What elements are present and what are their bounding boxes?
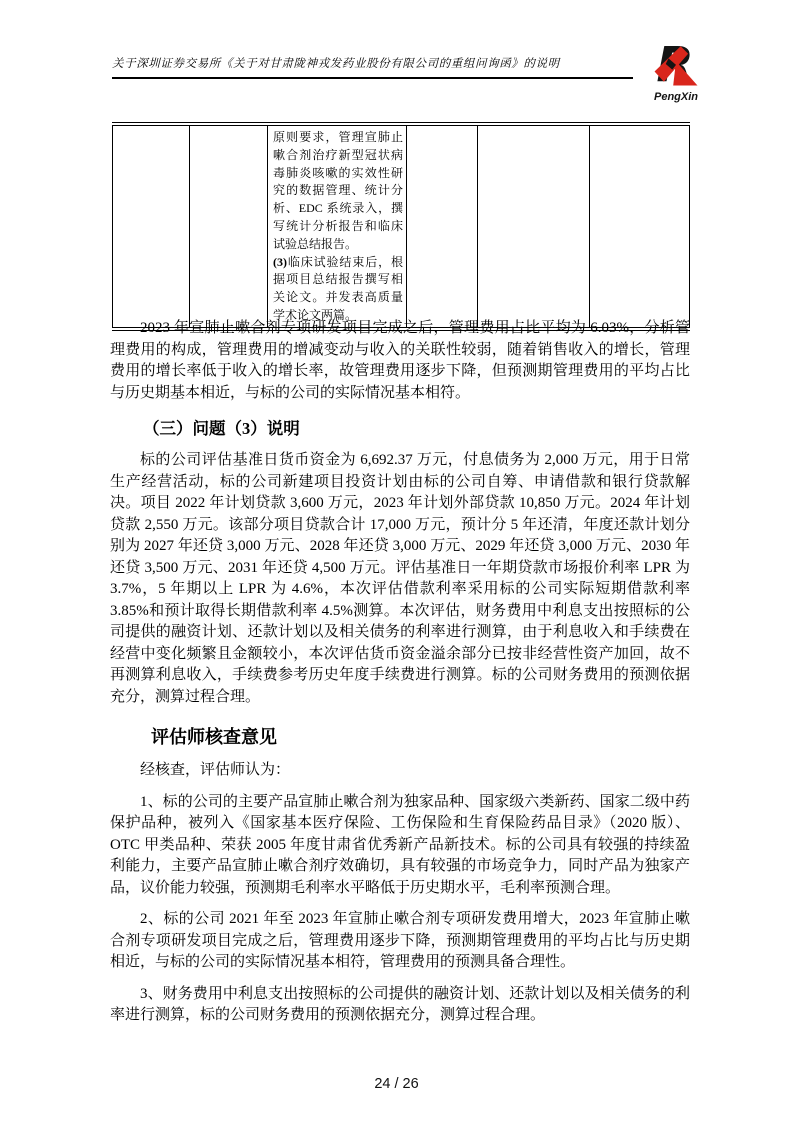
continuation-table: 原则要求，管理宣肺止嗽合剂治疗新型冠状病毒肺炎咳嗽的实效性研究的数据管理、统计分… bbox=[112, 122, 690, 331]
document-page: 关于深圳证券交易所《关于对甘肃陇神戎发药业股份有限公司的重组问询函》的说明 R … bbox=[0, 0, 793, 1122]
table-cell-blank-2 bbox=[190, 124, 268, 329]
page-number: 24 / 26 bbox=[0, 1076, 793, 1092]
opinion-item-2: 2、标的公司 2021 年至 2023 年宣肺止嗽合剂专项研发费用增大，2023… bbox=[110, 909, 690, 974]
table-cell-task-description: 原则要求，管理宣肺止嗽合剂治疗新型冠状病毒肺炎咳嗽的实效性研究的数据管理、统计分… bbox=[268, 124, 407, 329]
table-cell-blank-1 bbox=[113, 124, 190, 329]
pengxin-logo: R PengXin bbox=[644, 38, 708, 103]
opinion-item-1: 1、标的公司的主要产品宣肺止嗽合剂为独家品种、国家级六类新药、国家二级中药保护品… bbox=[110, 792, 690, 900]
paragraph-admin-expense: 2023 年宣肺止嗽合剂专项研发项目完成之后，管理费用占比平均为 6.03%，分… bbox=[110, 318, 690, 404]
header-title: 关于深圳证券交易所《关于对甘肃陇神戎发药业股份有限公司的重组问询函》的说明 bbox=[112, 56, 633, 72]
table-cell-blank-4 bbox=[478, 124, 590, 329]
section-heading-assessor-opinion: 评估师核查意见 bbox=[110, 725, 690, 750]
paragraph-question-3-explanation: 标的公司评估基准日货币资金为 6,692.37 万元，付息债务为 2,000 万… bbox=[110, 450, 690, 708]
table-row: 原则要求，管理宣肺止嗽合剂治疗新型冠状病毒肺炎咳嗽的实效性研究的数据管理、统计分… bbox=[113, 124, 690, 329]
opinion-item-3: 3、财务费用中利息支出按照标的公司提供的融资计划、还款计划以及相关债务的利率进行… bbox=[110, 984, 690, 1027]
pengxin-logo-icon: R bbox=[648, 38, 704, 90]
paragraph-verification-intro: 经核查，评估师认为： bbox=[110, 760, 690, 782]
page-header: 关于深圳证券交易所《关于对甘肃陇神戎发药业股份有限公司的重组问询函》的说明 bbox=[112, 56, 633, 79]
section-heading-question-3: （三）问题（3）说明 bbox=[110, 417, 690, 440]
table-cell-blank-3 bbox=[407, 124, 478, 329]
task-item-marker: (3) bbox=[273, 255, 287, 269]
task-text-part-1: 原则要求，管理宣肺止嗽合剂治疗新型冠状病毒肺炎咳嗽的实效性研究的数据管理、统计分… bbox=[273, 129, 403, 254]
table-cell-blank-5 bbox=[590, 124, 690, 329]
document-body: 2023 年宣肺止嗽合剂专项研发项目完成之后，管理费用占比平均为 6.03%，分… bbox=[110, 306, 690, 1027]
pengxin-wordmark: PengXin bbox=[644, 91, 708, 103]
